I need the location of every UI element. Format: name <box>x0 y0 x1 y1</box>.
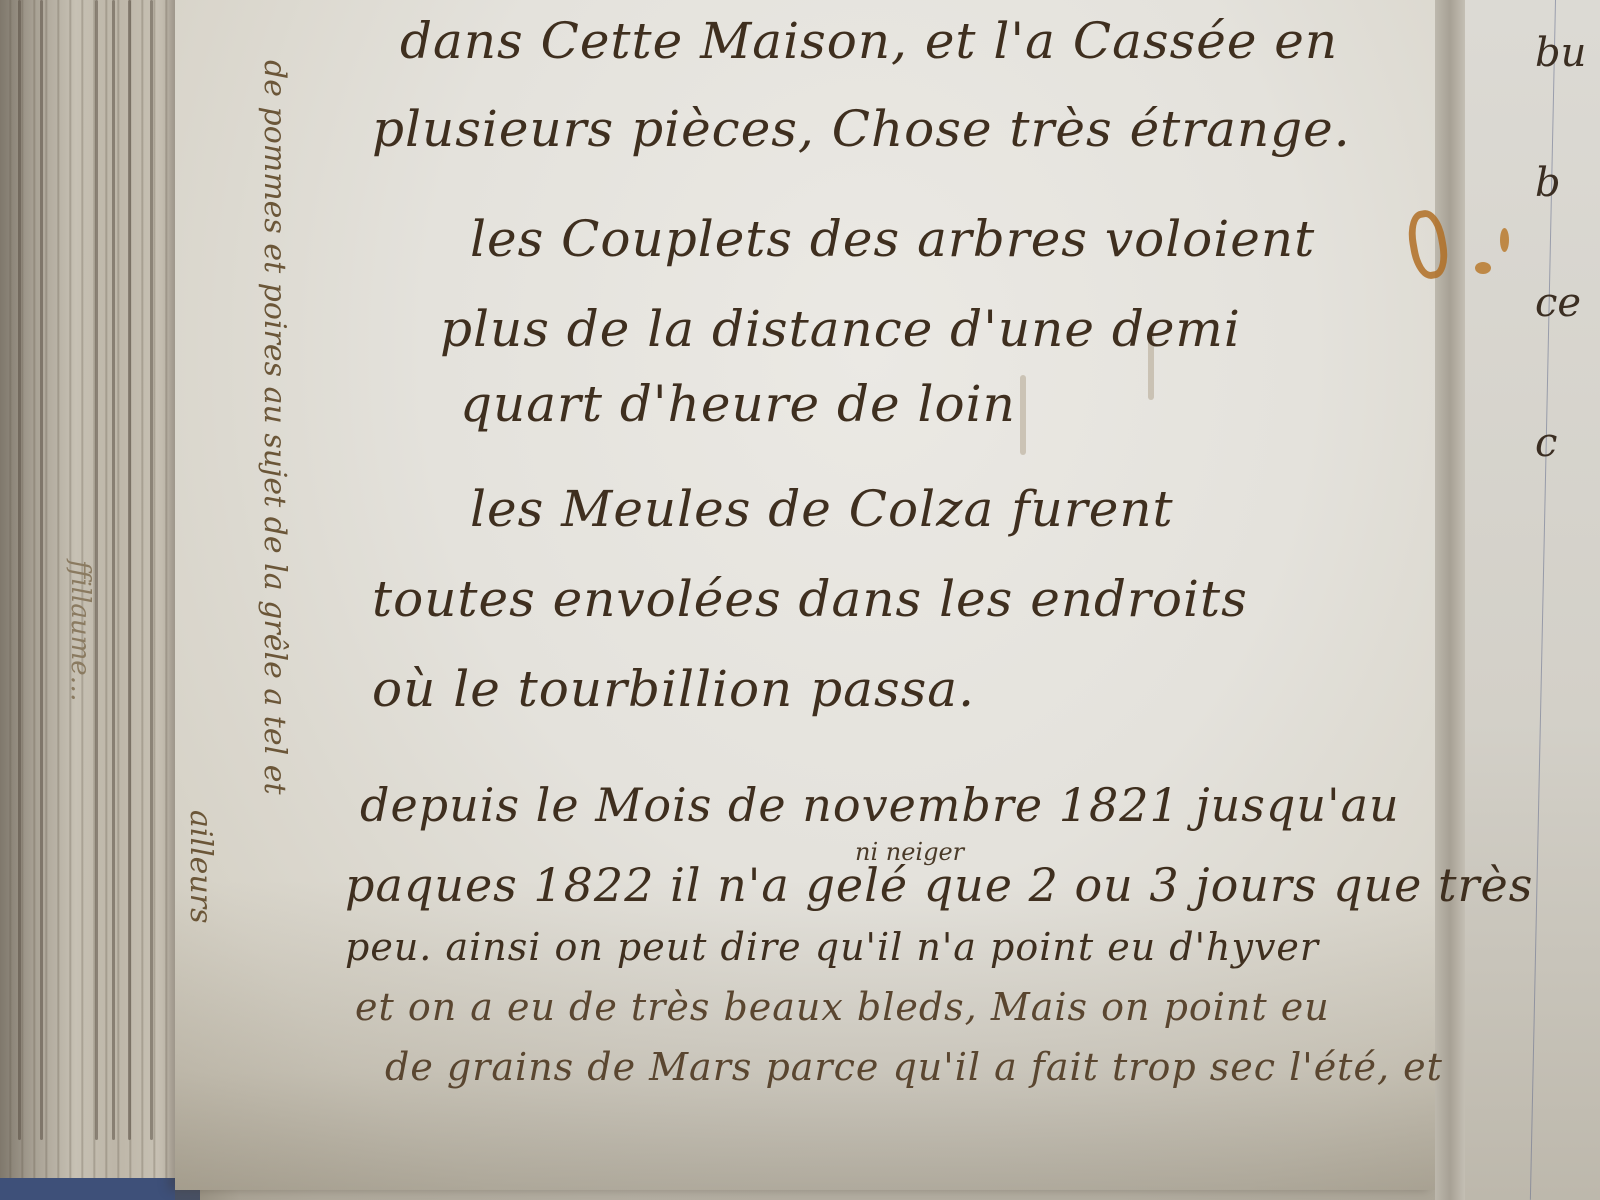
manuscript-line-11: peu. ainsi on peut dire qu'il n'a point … <box>345 925 1319 969</box>
manuscript-line-7: toutes envolées dans les endroits <box>372 570 1248 628</box>
manuscript-line-12: et on a eu de très beaux bleds, Mais on … <box>355 985 1330 1029</box>
manuscript-line-2: plusieurs pièces, Chose très étrange. <box>372 100 1351 158</box>
facing-page-fragment: b <box>1535 160 1561 206</box>
margin-note-vertical: de pommes et poires au sujet de la grêle… <box>257 60 292 795</box>
page-edges-stack <box>0 0 190 1200</box>
manuscript-photo: bu b ce c dans Cette Maison, et l'a Cass… <box>0 0 1600 1200</box>
manuscript-line-5: quart d'heure de loin <box>460 375 1016 433</box>
rust-stain <box>1475 262 1491 274</box>
facing-page-fragment: c <box>1535 420 1557 466</box>
margin-note-vertical-2: ailleurs <box>183 810 218 923</box>
background-cloth <box>0 1178 200 1200</box>
rust-stain <box>1500 228 1509 252</box>
manuscript-line-10: paques 1822 il n'a gelé que 2 ou 3 jours… <box>345 858 1533 912</box>
faint-edge-note: ffillaume… <box>65 560 95 702</box>
leaf-edge <box>95 0 98 1140</box>
leaf-edge <box>18 0 21 1140</box>
facing-page-fragment: ce <box>1535 280 1581 326</box>
facing-page-fragment: bu <box>1535 30 1586 76</box>
leaf-edge <box>128 0 131 1140</box>
water-stain <box>1020 375 1026 455</box>
book-gutter <box>1435 0 1465 1200</box>
manuscript-line-6: les Meules de Colza furent <box>470 480 1174 538</box>
manuscript-line-13: de grains de Mars parce qu'il a fait tro… <box>385 1045 1443 1089</box>
leaf-edge <box>150 0 153 1140</box>
manuscript-line-8: où le tourbillion passa. <box>372 660 975 718</box>
manuscript-line-9: depuis le Mois de novembre 1821 jusqu'au <box>360 778 1400 832</box>
manuscript-line-1: dans Cette Maison, et l'a Cassée en <box>400 12 1338 70</box>
leaf-edge <box>112 0 115 1140</box>
manuscript-line-3: les Couplets des arbres voloient <box>470 210 1315 268</box>
facing-page <box>1465 0 1600 1200</box>
leaf-edge <box>40 0 43 1140</box>
manuscript-line-4: plus de la distance d'une demi <box>440 300 1241 358</box>
